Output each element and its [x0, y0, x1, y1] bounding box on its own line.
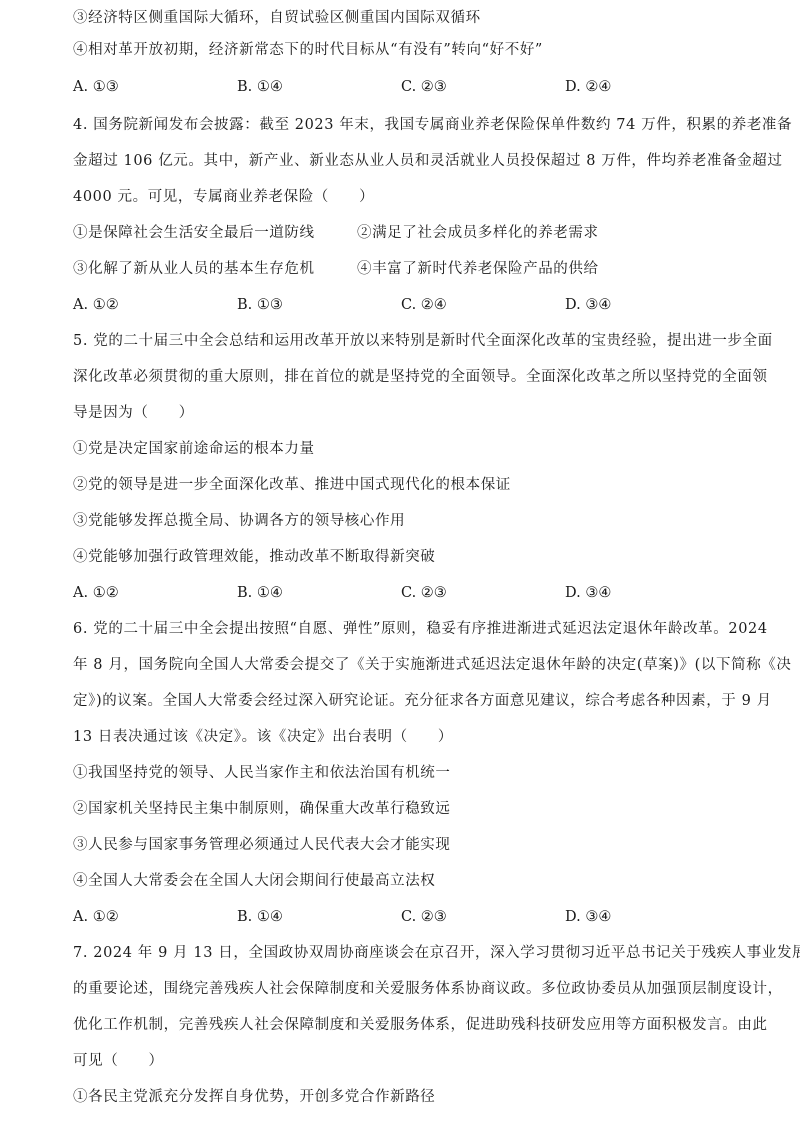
q6-stem-line-1: 6. 党的二十届三中全会提出按照“自愿、弹性”原则，稳妥有序推进渐进式延迟法定退…	[73, 620, 768, 638]
q5-item-2: ②党的领导是进一步全面深化改革、推进中国式现代化的根本保证	[73, 476, 511, 494]
q7-stem-line-3: 优化工作机制，完善残疾人社会保障制度和关爱服务体系，促进助残科技研发应用等方面积…	[73, 1016, 768, 1034]
q4-item-2: ②满足了社会成员多样化的养老需求	[357, 224, 599, 242]
q6-stem-line-3: 定》)的议案。全国人大常委会经过深入研究论证。充分征求各方面意见建议，综合考虑各…	[73, 692, 772, 710]
q3-option-a: A. ①③	[73, 78, 119, 96]
q6-stem-line-4: 13 日表决通过该《决定》。该《决定》出台表明（ ）	[73, 728, 453, 746]
q7-stem-line-4: 可见（ ）	[73, 1052, 164, 1070]
q6-option-b: B. ①④	[237, 908, 283, 926]
q3-option-b: B. ①④	[237, 78, 283, 96]
q6-item-3: ③人民参与国家事务管理必须通过人民代表大会才能实现	[73, 836, 451, 854]
q5-stem-line-3: 导是因为（ ）	[73, 404, 194, 422]
q4-item-4: ④丰富了新时代养老保险产品的供给	[357, 260, 599, 278]
q4-stem-line-1: 4. 国务院新闻发布会披露：截至 2023 年末，我国专属商业养老保险保单件数约…	[73, 116, 792, 134]
q4-item-1: ①是保障社会生活安全最后一道防线	[73, 224, 315, 242]
q5-stem-line-2: 深化改革必须贯彻的重大原则，排在首位的就是坚持党的全面领导。全面深化改革之所以坚…	[73, 368, 768, 386]
q5-option-a: A. ①②	[73, 584, 119, 602]
q4-option-a: A. ①②	[73, 296, 119, 314]
q7-stem-line-1: 7. 2024 年 9 月 13 日，全国政协双周协商座谈会在京召开，深入学习贯…	[73, 944, 800, 962]
q3-item-4: ④相对革开放初期，经济新常态下的时代目标从“有没有”转向“好不好”	[73, 41, 543, 59]
q6-item-4: ④全国人大常委会在全国人大闭会期间行使最高立法权	[73, 872, 435, 890]
q3-option-c: C. ②③	[401, 78, 447, 96]
q3-option-d: D. ②④	[565, 78, 611, 96]
q4-stem-line-3: 4000 元。可见，专属商业养老保险（ ）	[73, 188, 374, 206]
q6-item-2: ②国家机关坚持民主集中制原则，确保重大改革行稳致远	[73, 800, 451, 818]
q6-option-a: A. ①②	[73, 908, 119, 926]
q6-item-1: ①我国坚持党的领导、人民当家作主和依法治国有机统一	[73, 764, 451, 782]
exam-page: ③经济特区侧重国际大循环，自贸试验区侧重国内国际双循环 ④相对革开放初期，经济新…	[0, 0, 800, 1131]
q5-option-c: C. ②③	[401, 584, 447, 602]
q6-stem-line-2: 年 8 月，国务院向全国人大常委会提交了《关于实施渐进式延迟法定退休年龄的决定(…	[73, 656, 792, 674]
q4-option-d: D. ③④	[565, 296, 611, 314]
q5-option-d: D. ③④	[565, 584, 611, 602]
q4-stem-line-2: 金超过 106 亿元。其中，新产业、新业态从业人员和灵活就业人员投保超过 8 万…	[73, 152, 782, 170]
q5-item-3: ③党能够发挥总揽全局、协调各方的领导核心作用	[73, 512, 405, 530]
q5-item-1: ①党是决定国家前途命运的根本力量	[73, 440, 315, 458]
q4-option-c: C. ②④	[401, 296, 447, 314]
q6-option-d: D. ③④	[565, 908, 611, 926]
q3-item-3: ③经济特区侧重国际大循环，自贸试验区侧重国内国际双循环	[73, 9, 481, 27]
q7-stem-line-2: 的重要论述，围绕完善残疾人社会保障制度和关爱服务体系协商议政。多位政协委员从加强…	[73, 980, 783, 998]
q7-item-1: ①各民主党派充分发挥自身优势，开创多党合作新路径	[73, 1088, 435, 1106]
q4-item-3: ③化解了新从业人员的基本生存危机	[73, 260, 315, 278]
q5-option-b: B. ①④	[237, 584, 283, 602]
q5-item-4: ④党能够加强行政管理效能，推动改革不断取得新突破	[73, 548, 435, 566]
q6-option-c: C. ②③	[401, 908, 447, 926]
q4-option-b: B. ①③	[237, 296, 283, 314]
q5-stem-line-1: 5. 党的二十届三中全会总结和运用改革开放以来特别是新时代全面深化改革的宝贵经验…	[73, 332, 773, 350]
